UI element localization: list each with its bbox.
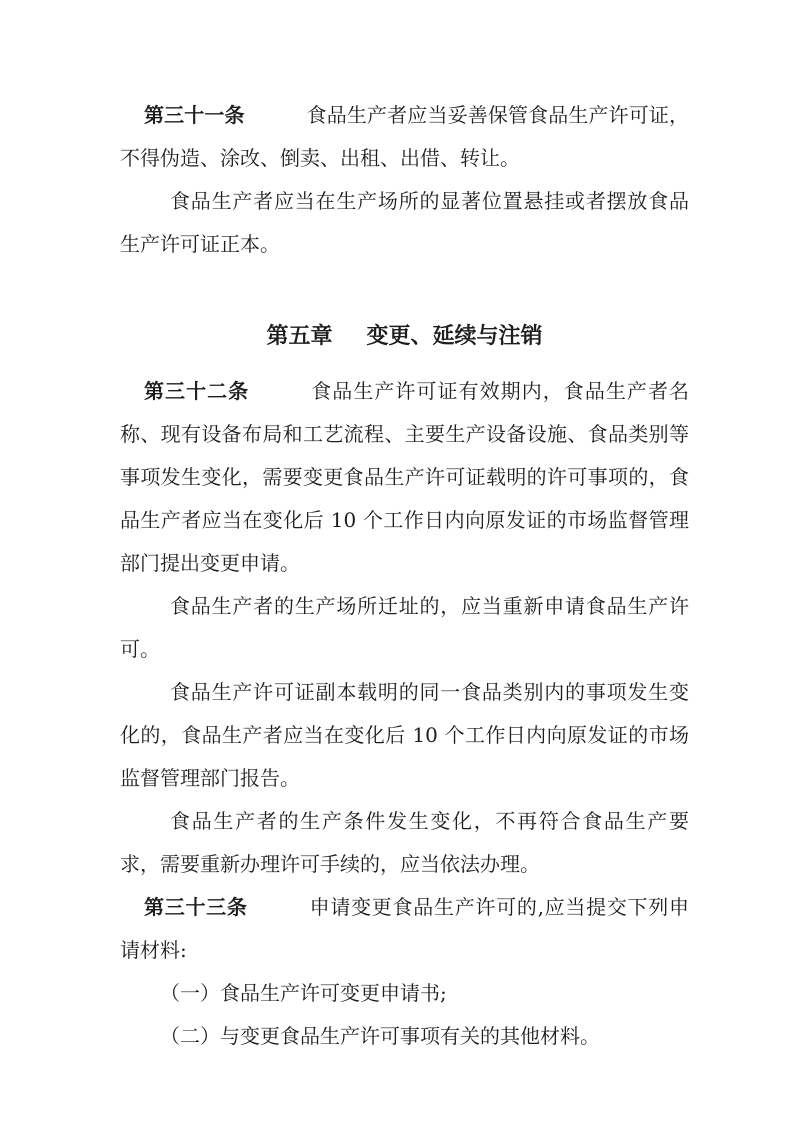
chapter-number: 第五章 [266,315,332,358]
chapter-title: 变更、延续与注销 [367,315,543,358]
list-item: （二）与变更食品生产许可事项有关的其他材料。 [120,1015,689,1058]
body-paragraph: 食品生产许可证副本载明的同一食品类别内的事项发生变化的，食品生产者应当在变化后 … [120,671,689,800]
article-31-paragraph: 第三十一条食品生产者应当妥善保管食品生产许可证，不得伪造、涂改、倒卖、出租、出借… [120,94,689,180]
article-31-number: 第三十一条 [144,103,245,127]
document-content: 第三十一条食品生产者应当妥善保管食品生产许可证，不得伪造、涂改、倒卖、出租、出借… [120,94,689,1058]
document-page: 第三十一条食品生产者应当妥善保管食品生产许可证，不得伪造、涂改、倒卖、出租、出借… [0,0,793,1122]
list-item: （一）食品生产许可变更申请书; [120,972,689,1015]
chapter-5-heading: 第五章 变更、延续与注销 [120,315,689,358]
body-paragraph: 食品生产者应当在生产场所的显著位置悬挂或者摆放食品生产许可证正本。 [120,180,689,266]
article-33-paragraph: 第三十三条申请变更食品生产许可的,应当提交下列申请材料: [120,886,689,972]
article-32-number: 第三十二条 [144,379,249,403]
article-33-number: 第三十三条 [144,895,248,919]
body-paragraph: 食品生产者的生产条件发生变化，不再符合食品生产要求，需要重新办理许可手续的，应当… [120,800,689,886]
article-32-text: 食品生产许可证有效期内，食品生产者名称、现有设备布局和工艺流程、主要生产设备设施… [120,379,689,575]
body-paragraph: 食品生产者的生产场所迁址的，应当重新申请食品生产许可。 [120,585,689,671]
article-32-paragraph: 第三十二条食品生产许可证有效期内，食品生产者名称、现有设备布局和工艺流程、主要生… [120,370,689,585]
